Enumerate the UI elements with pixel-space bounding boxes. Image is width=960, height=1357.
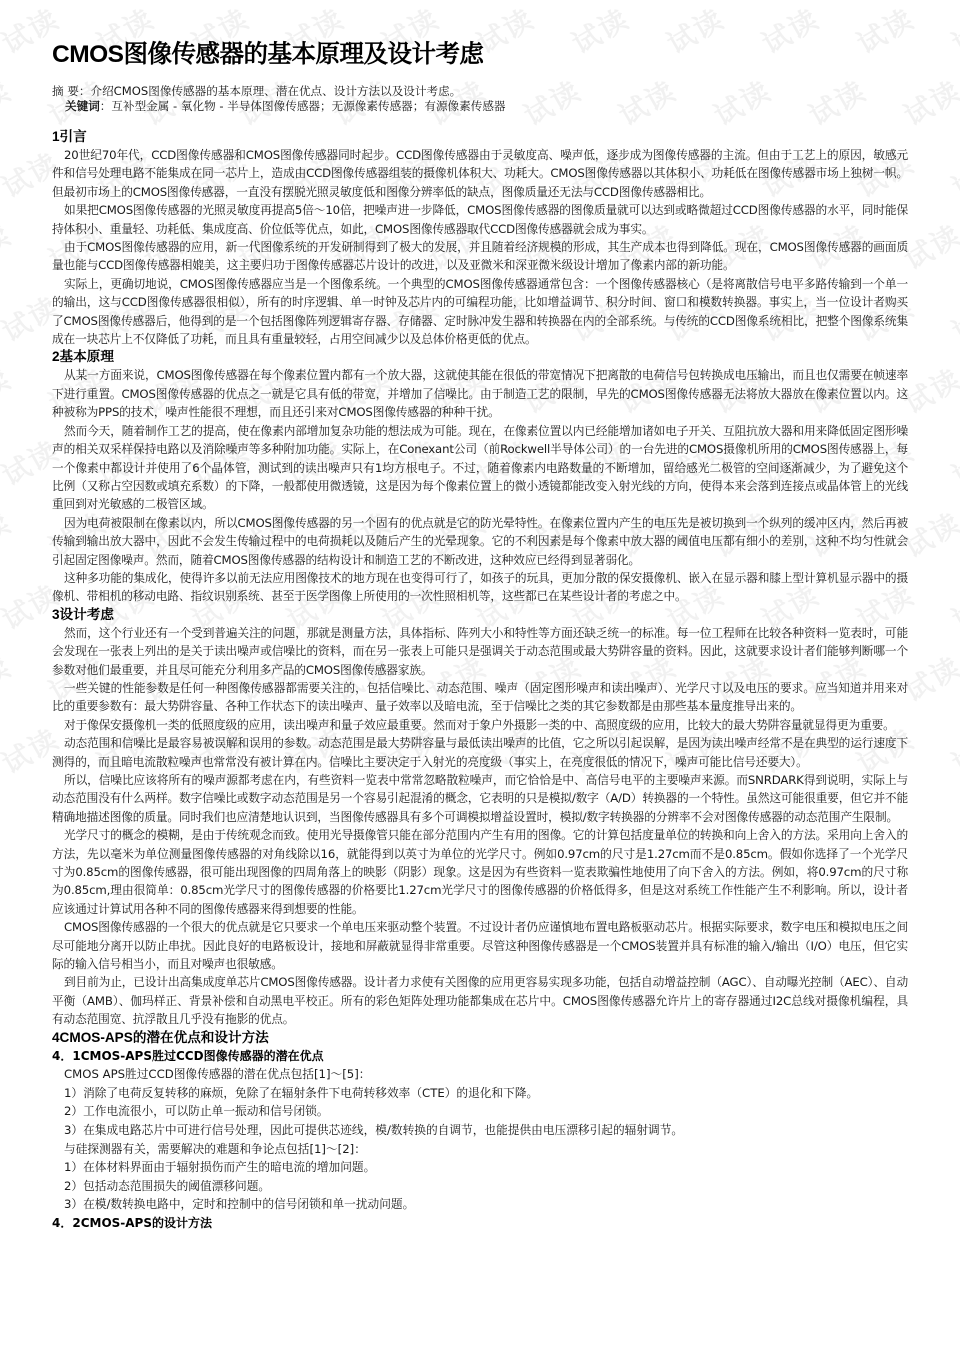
abstract-label: 摘 要： bbox=[52, 84, 90, 98]
list-item: 1）消除了电荷反复转移的麻烦，免除了在辐射条件下电荷转移效率（CTE）的退化和下… bbox=[52, 1084, 908, 1103]
abstract-text: 介绍CMOS图像传感器的基本原理、潜在优点、设计方法以及设计考虑。 bbox=[90, 84, 461, 98]
paragraph: 然而，这个行业还有一个受到普遍关注的问题，那就是测量方法，具体指标、阵列大小和特… bbox=[52, 624, 908, 679]
list-item: 2）包括动态范围损失的阈值漂移问题。 bbox=[52, 1177, 908, 1196]
paragraph: 实际上，更确切地说，CMOS图像传感器应当是一个图像系统。一个典型的CMOS图像… bbox=[52, 275, 908, 349]
abstract-block: 摘 要：介绍CMOS图像传感器的基本原理、潜在优点、设计方法以及设计考虑。 关键… bbox=[52, 84, 908, 114]
list-item: CMOS APS胜过CCD图像传感器的潜在优点包括[1]～[5]： bbox=[52, 1065, 908, 1084]
abstract-line: 摘 要：介绍CMOS图像传感器的基本原理、潜在优点、设计方法以及设计考虑。 bbox=[52, 84, 908, 99]
watermark-text: 试读 bbox=[0, 214, 18, 279]
section-heading: 3设计考虑 bbox=[52, 606, 908, 624]
list-item: 与硅探测器有关，需要解决的难题和争论点包括[1]～[2]： bbox=[52, 1140, 908, 1159]
list-item: 2）工作电流很小，可以防止单一振动和信号闭锁。 bbox=[52, 1102, 908, 1121]
watermark-text: 试读 bbox=[944, 430, 960, 495]
section-heading: 4CMOS-APS的潜在优点和设计方法 bbox=[52, 1029, 908, 1047]
paragraph: 光学尺寸的概念的模糊，是由于传统观念而致。使用光导摄像管只能在部分范围内产生有用… bbox=[52, 826, 908, 918]
paragraph: 由于CMOS图像传感器的应用，新一代图像系统的开发研制得到了极大的发展，并且随着… bbox=[52, 238, 908, 275]
keywords-label: 关键词 bbox=[65, 99, 100, 113]
keywords-line: 关键词：互补型金属 - 氧化物 - 半导体图像传感器；无源像素传感器；有源像素传… bbox=[52, 99, 908, 114]
section-basic-principle: 2基本原理 从某一方面来说，CMOS图像传感器在每个像素位置内都有一个放大器，这… bbox=[52, 348, 908, 605]
subsection-heading: 4．2CMOS-APS的设计方法 bbox=[52, 1214, 908, 1233]
list-item: 3）在模/数转换电路中，定时和控制中的信号闭锁和单一扰动问题。 bbox=[52, 1195, 908, 1214]
document-page: CMOS图像传感器的基本原理及设计考虑 摘 要：介绍CMOS图像传感器的基本原理… bbox=[52, 38, 908, 1232]
paragraph: 一些关键的性能参数是任何一种图像传感器都需要关注的，包括信噪比、动态范围、噪声（… bbox=[52, 679, 908, 716]
paragraph: 因为电荷被限制在像素以内，所以CMOS图像传感器的另一个固有的优点就是它的防光晕… bbox=[52, 514, 908, 569]
paragraph: 所以，信噪比应该将所有的噪声源都考虑在内，有些资料一览表中常常忽略散粒噪声，而它… bbox=[52, 771, 908, 826]
paragraph: 然而今天，随着制作工艺的提高，使在像素内部增加复杂功能的想法成为可能。现在，在像… bbox=[52, 422, 908, 514]
section-introduction: 1引言 20世纪70年代，CCD图像传感器和CMOS图像传感器同时起步。CCD图… bbox=[52, 128, 908, 348]
watermark-text: 试读 bbox=[0, 70, 18, 135]
paragraph: 如果把CMOS图像传感器的光照灵敏度再提高5倍～10倍，把噪声进一步降低，CMO… bbox=[52, 201, 908, 238]
watermark-text: 试读 bbox=[944, 142, 960, 207]
watermark-text: 试读 bbox=[0, 646, 18, 711]
watermark-text: 试读 bbox=[0, 358, 18, 423]
paragraph: 到目前为止，已设计出高集成度单芯片CMOS图像传感器。设计者力求使有关图像的应用… bbox=[52, 973, 908, 1028]
list-item: 3）在集成电路芯片中可进行信号处理，因此可提供芯迹线，模/数转换的自调节，也能提… bbox=[52, 1121, 908, 1140]
paragraph: 动态范围和信噪比是最容易被误解和误用的参数。动态范围是最大势阱容量与最低读出噪声… bbox=[52, 734, 908, 771]
watermark-text: 试读 bbox=[944, 0, 960, 62]
section-heading: 2基本原理 bbox=[52, 348, 908, 366]
paragraph: 20世纪70年代，CCD图像传感器和CMOS图像传感器同时起步。CCD图像传感器… bbox=[52, 146, 908, 201]
paragraph: 这种多功能的集成化，使得许多以前无法应用图像技术的地方现在也变得可行了，如孩子的… bbox=[52, 569, 908, 606]
watermark-text: 试读 bbox=[0, 502, 18, 567]
watermark-text: 试读 bbox=[944, 286, 960, 351]
section-heading: 1引言 bbox=[52, 128, 908, 146]
section-design-considerations: 3设计考虑 然而，这个行业还有一个受到普遍关注的问题，那就是测量方法，具体指标、… bbox=[52, 606, 908, 1029]
subsection-heading: 4．1CMOS-APS胜过CCD图像传感器的潜在优点 bbox=[52, 1047, 908, 1066]
paragraph: 从某一方面来说，CMOS图像传感器在每个像素位置内都有一个放大器，这就使其能在很… bbox=[52, 366, 908, 421]
keywords-text: ：互补型金属 - 氧化物 - 半导体图像传感器；无源像素传感器；有源像素传感器 bbox=[100, 99, 506, 113]
paragraph: CMOS图像传感器的一个很大的优点就是它只要求一个单电压来驱动整个装置。不过设计… bbox=[52, 918, 908, 973]
section-cmos-aps: 4CMOS-APS的潜在优点和设计方法 4．1CMOS-APS胜过CCD图像传感… bbox=[52, 1029, 908, 1233]
document-title: CMOS图像传感器的基本原理及设计考虑 bbox=[52, 38, 908, 72]
paragraph: 对于像保安摄像机一类的低照度级的应用，读出噪声和量子效应最重要。然而对于象户外摄… bbox=[52, 716, 908, 734]
watermark-text: 试读 bbox=[944, 574, 960, 639]
list-item: 1）在体材料界面由于辐射损伤而产生的暗电流的增加问题。 bbox=[52, 1158, 908, 1177]
watermark-text: 试读 bbox=[944, 718, 960, 783]
